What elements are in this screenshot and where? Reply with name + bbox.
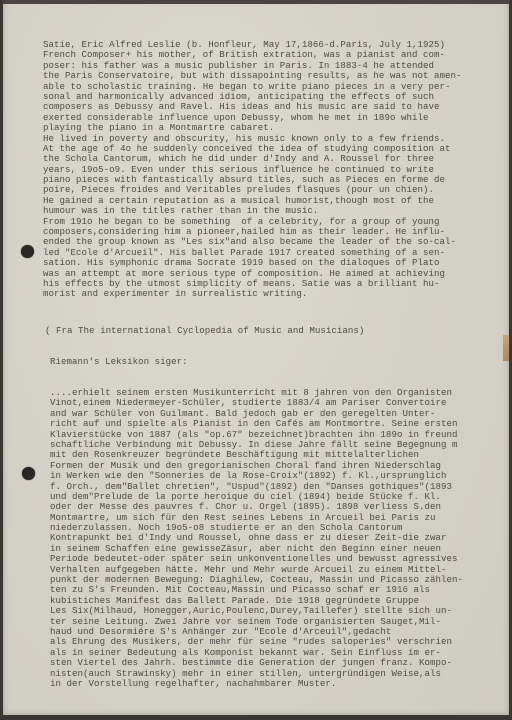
text-line: in Werken wie den "Sonneries de la Rose-… [50,471,463,481]
punch-hole-icon [22,467,35,480]
text-line: playing the piano in a Montmartre cabare… [43,123,462,133]
text-line: the Paris Conservatoire, but with dissap… [43,71,462,81]
text-line: sten Viertel des Jahrh. bestimmte die Ge… [50,658,463,668]
paper-stain [503,335,509,361]
punch-hole-icon [21,245,34,258]
english-biography: Satie, Eric Alfred Leslie (b. Honfleur, … [43,40,462,300]
german-biography: Riemann's Leksikon siger: ....erhielt se… [50,336,463,710]
page-top-edge [3,0,509,4]
typewritten-page: Satie, Eric Alfred Leslie (b. Honfleur, … [3,0,509,715]
german-paragraph: ....erhielt seinem ersten Musikunterrich… [50,388,463,689]
text-line: in der Vorstellung regelhafter, nachahmb… [50,679,463,689]
german-intro: Riemann's Leksikon siger: [50,357,463,367]
source-note: ( Fra The international Cyclopedia of Mu… [45,326,364,336]
text-line: morist and experimenter in surrealistic … [43,289,462,299]
